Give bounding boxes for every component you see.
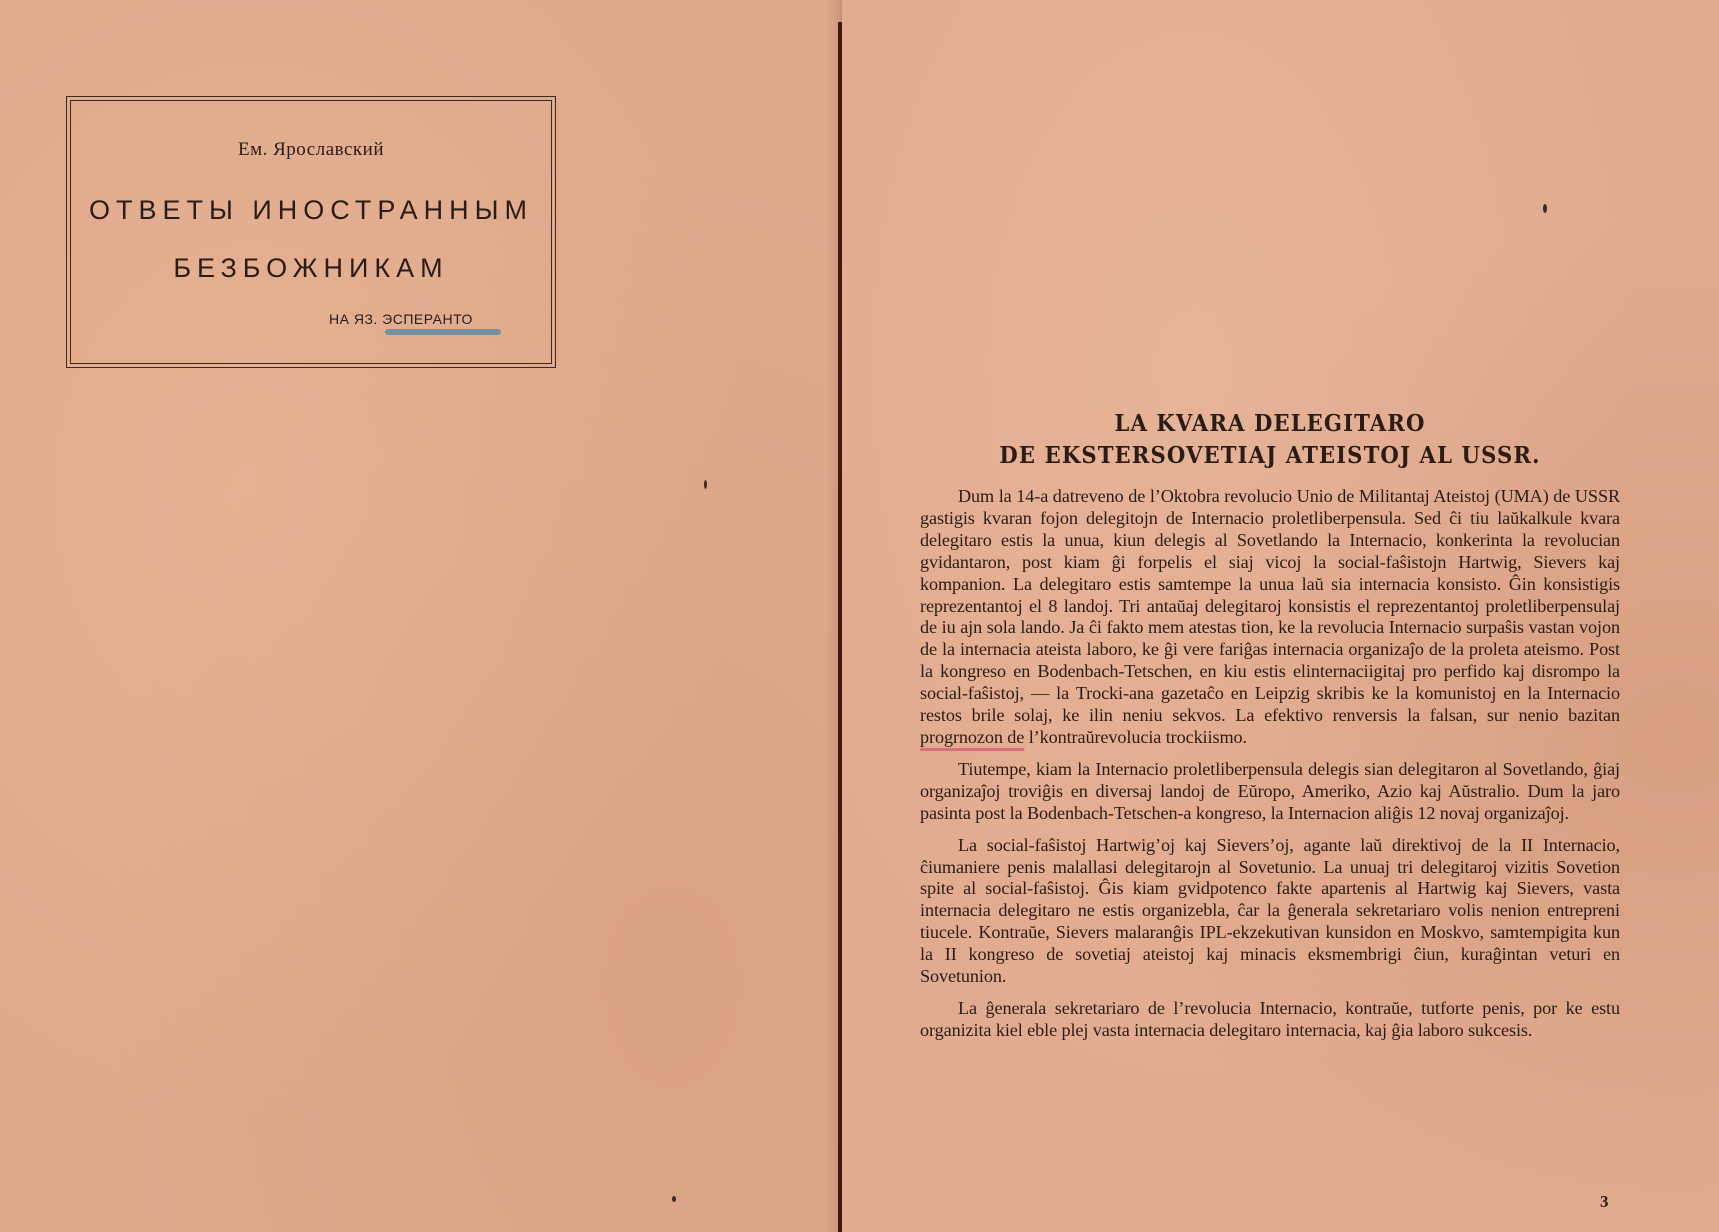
paragraph-4: La ĝenerala sekretariaro de l’revolucia …	[920, 998, 1620, 1042]
paragraph-1-end: l’kontraŭrevolucia trockiismo.	[1024, 727, 1247, 747]
title-box: Ем. Ярославский ОТВЕТЫ ИНОСТРАННЫМ БЕЗБО…	[70, 100, 552, 364]
heading-line-1: LA KVARA DELEGITARO	[948, 408, 1592, 440]
article: LA KVARA DELEGITARO DE EKSTERSOVETIAJ AT…	[920, 408, 1620, 1052]
book-title-line-2: БЕЗБОЖНИКАМ	[71, 253, 551, 284]
article-heading: LA KVARA DELEGITARO DE EKSTERSOVETIAJ AT…	[948, 408, 1592, 472]
paragraph-3: La social-faŝistoj Hartwig’oj kaj Siever…	[920, 835, 1620, 988]
paper-speck	[1543, 204, 1547, 213]
language-note: НА ЯЗ. ЭСПЕРАНТО	[329, 311, 473, 327]
paragraph-1-text: Dum la 14-a datreveno de l’Oktobra revol…	[920, 486, 1620, 725]
heading-line-2: DE EKSTERSOVETIAJ ATEISTOJ AL USSR.	[948, 440, 1592, 472]
blue-pencil-mark	[385, 329, 501, 335]
red-underlined-text: progrnozon de	[920, 727, 1024, 747]
paragraph-1: Dum la 14-a datreveno de l’Oktobra revol…	[920, 486, 1620, 749]
page-number: 3	[1600, 1192, 1609, 1212]
left-page: Ем. Ярославский ОТВЕТЫ ИНОСТРАННЫМ БЕЗБО…	[0, 0, 840, 1232]
paper-speck	[704, 480, 707, 489]
author-name: Ем. Ярославский	[71, 139, 551, 161]
paragraph-2: Tiutempe, kiam la Internacio proletliber…	[920, 759, 1620, 825]
paper-speck	[672, 1196, 676, 1202]
book-title-line-1: ОТВЕТЫ ИНОСТРАННЫМ	[71, 195, 551, 226]
